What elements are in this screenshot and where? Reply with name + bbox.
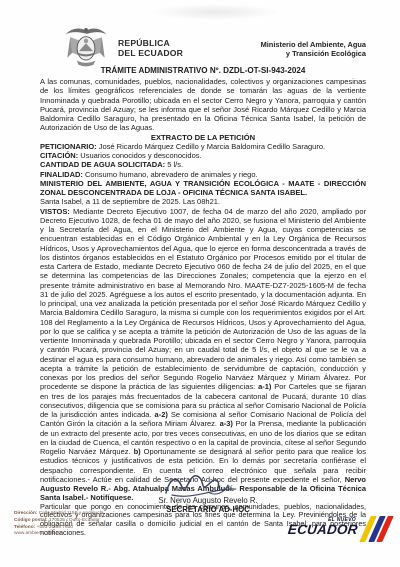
body-segment: Mediante Decreto Ejecutivo 1007, de fech…: [40, 207, 366, 392]
field-value: Usuarios conocidos y desconocidos.: [78, 151, 201, 160]
intro-paragraph: A las comunas, comunidades, pueblos, nac…: [40, 77, 366, 133]
ministry-line2: y Transición Ecológica: [286, 49, 366, 58]
republic-line1: REPÚBLICA: [118, 38, 170, 48]
footer-postal: Código postal: 170525 / Quito-Ecuador: [14, 518, 104, 525]
body-segment: b): [134, 447, 141, 456]
footer-address-value: Calle Madrid 1159 y Andalucía: [37, 511, 103, 516]
document-page: REPÚBLICA DEL ECUADOR Ministerio del Amb…: [0, 0, 400, 567]
logo-main-text: ECUADOR: [288, 523, 359, 536]
field-citacion: CITACIÓN: Usuarios conocidos y desconoci…: [40, 151, 366, 160]
ministry-line1: Ministerio del Ambiente, Agua: [261, 40, 366, 49]
footer-address-label: Dirección:: [14, 511, 37, 516]
field-value: José Ricardo Márquez Cedillo y Marcia Ba…: [97, 142, 325, 151]
footer-postal-label: Código postal:: [14, 518, 48, 523]
footer-phone-value: +593-2 398 7600: [35, 525, 73, 530]
page-title: TRÁMITE ADMINISTRATIVO Nº. DZDL-OT-SI-94…: [40, 66, 366, 75]
footer-address: Dirección: Calle Madrid 1159 y Andalucía: [14, 511, 104, 518]
republic-label: REPÚBLICA DEL ECUADOR: [118, 38, 183, 58]
body-segment: a-3): [220, 419, 233, 428]
field-peticionario: PETICIONARIO: José Ricardo Márquez Cedil…: [40, 142, 366, 151]
signatory-role: SECRETARIO AD-HOC: [117, 505, 299, 515]
signatory-name: Sr. Nervo Augusto Revelo R.: [117, 496, 299, 505]
field-value: Consumo humano, abrevadero de animales y…: [83, 170, 258, 179]
field-value: 5 l/s.: [165, 160, 183, 169]
footer-website: www.ambiente.gob.ec: [14, 531, 104, 538]
footer-contact-block: Dirección: Calle Madrid 1159 y Andalucía…: [14, 511, 104, 538]
signature-block: Sr. Nervo Augusto Revelo R. SECRETARIO A…: [117, 496, 299, 515]
el-nuevo-ecuador-logo: EL NUEVO ECUADOR: [288, 518, 388, 548]
footer-postal-value: 170525 / Quito-Ecuador: [48, 518, 100, 523]
field-finalidad: FINALIDAD: Consumo humano, abrevadero de…: [40, 170, 366, 179]
body-segment: a-1): [258, 382, 271, 391]
body-segment: a-2): [155, 410, 168, 419]
office-heading: MINISTERIO DEL AMBIENTE, AGUA Y TRANSICI…: [40, 179, 366, 198]
extract-heading: EXTRACTO DE LA PETICIÓN: [40, 133, 366, 142]
date-line: Santa Isabel, a 11 de septiembre de 2025…: [40, 197, 366, 206]
ministry-label: Ministerio del Ambiente, Agua y Transici…: [261, 40, 366, 58]
field-label: CANTIDAD DE AGUA SOLICITADA:: [40, 160, 165, 169]
field-cantidad-agua: CANTIDAD DE AGUA SOLICITADA: 5 l/s.: [40, 160, 366, 169]
field-label: PETICIONARIO:: [40, 142, 97, 151]
field-label: FINALIDAD:: [40, 170, 83, 179]
footer-phone-label: Teléfono:: [14, 525, 35, 530]
republic-line2: DEL ECUADOR: [118, 48, 183, 58]
flag-stripes-icon: [363, 516, 389, 542]
el-nuevo-ecuador-wordmark: EL NUEVO ECUADOR: [288, 518, 358, 536]
body-segment: VISTOS:: [40, 207, 73, 216]
scan-artifact: [150, 4, 280, 20]
vistos-paragraph: VISTOS: Mediante Decreto Ejecutivo 1007,…: [40, 207, 366, 503]
field-label: CITACIÓN:: [40, 151, 78, 160]
